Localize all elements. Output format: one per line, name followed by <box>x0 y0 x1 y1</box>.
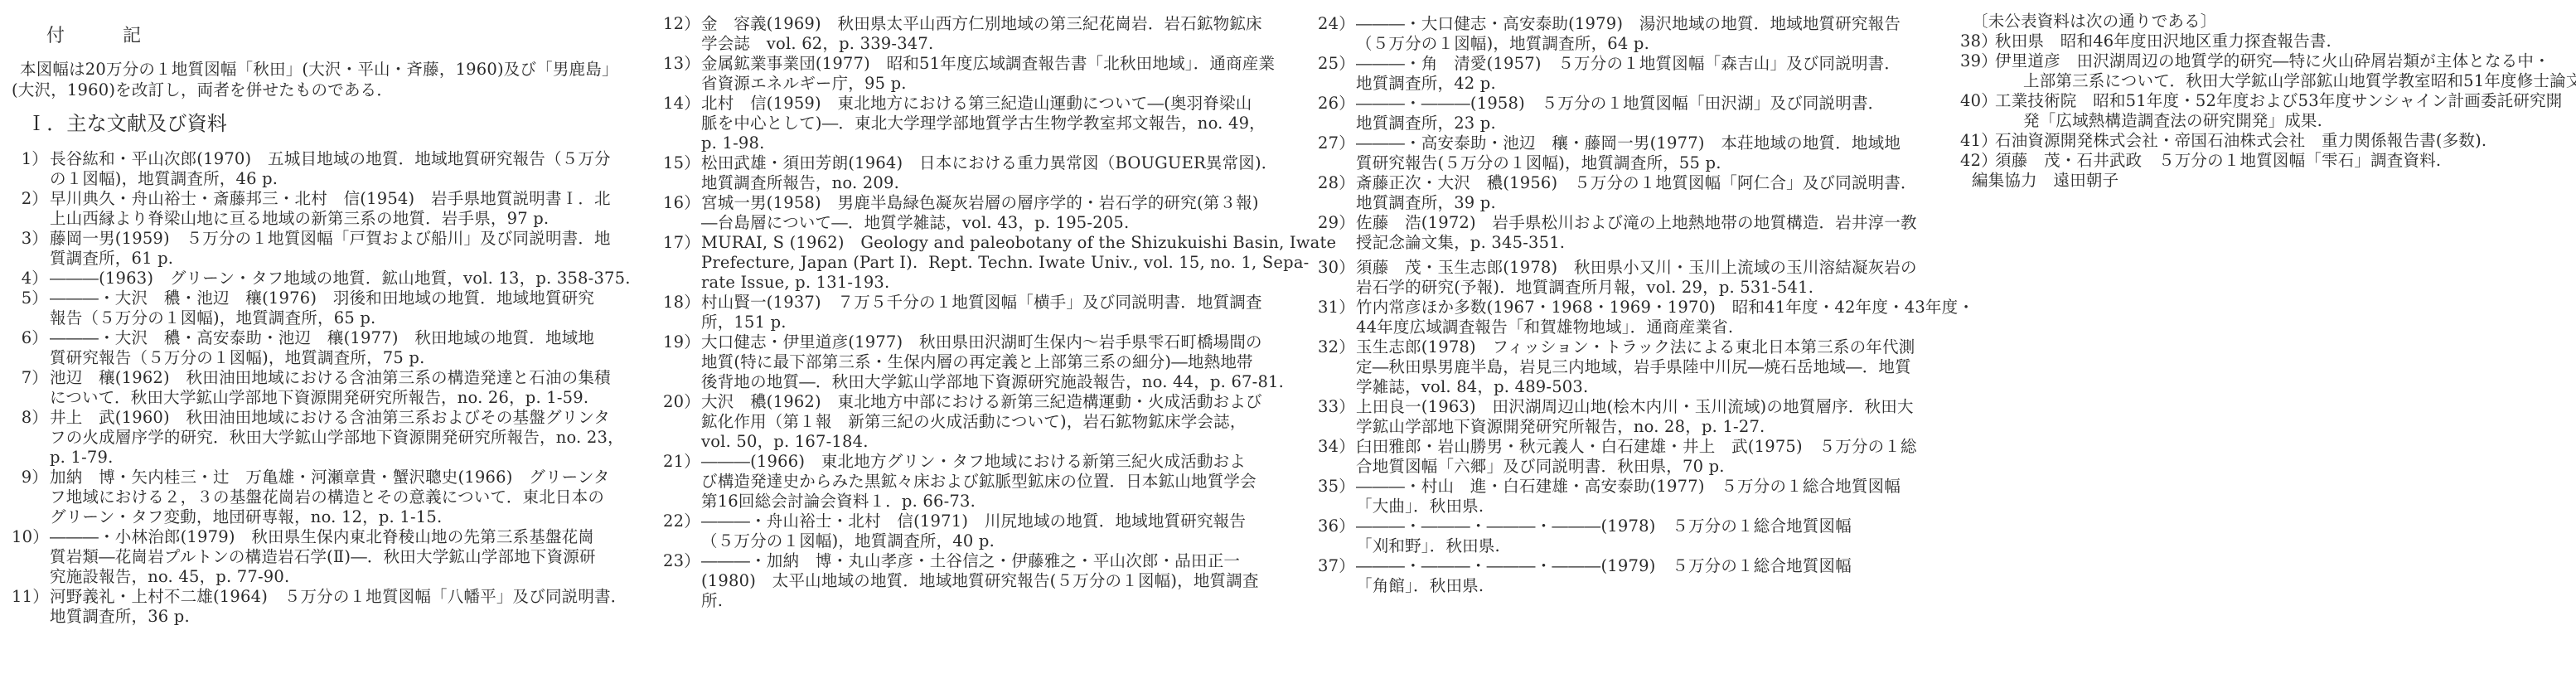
reference-text: ―――・舟山裕士・北村 信(1971) 川尻地域の地質．地域地質研究報告 <box>701 512 1246 531</box>
reference-number: 12） <box>663 14 701 34</box>
reference-number: 24） <box>1318 14 1356 34</box>
reference-continuation-line: グリーン・タフ変動，地団研専報，no. 12，p. 1-15. <box>12 507 442 527</box>
reference-first-line: 13）金属鉱業事業団(1977) 昭和51年度広域調査報告書「北秋田地域」．通商… <box>663 54 1275 74</box>
reference-text: 長谷紘和・平山次郎(1970) 五城目地域の地質．地域地質研究報告（５万分 <box>50 149 611 168</box>
reference-continuation-line: 第16回総会討論会資料１．p. 66-73. <box>663 492 976 512</box>
reference-text: ―――・小林治郎(1979) 秋田県生保内東北脊稜山地の先第三系基盤花崗 <box>50 527 594 546</box>
reference-continuation-line: 「大曲」．秋田県. <box>1318 497 1484 516</box>
reference-number: 38） <box>1960 32 1995 51</box>
reference-text: 河野義礼・上村不二雄(1964) ５万分の１地質図幅「八幡平」及び同説明書． <box>50 587 627 606</box>
reference-first-line: 1）長谷紘和・平山次郎(1970) 五城目地域の地質．地域地質研究報告（５万分 <box>12 149 611 169</box>
reference-number: 22） <box>663 512 701 531</box>
reference-number: 19） <box>663 332 701 352</box>
reference-number: 23） <box>663 551 701 571</box>
reference-number: 34） <box>1318 437 1356 457</box>
reference-text: 玉生志郎(1978) フィッション・トラック法による東北日本第三系の年代測 <box>1356 337 1915 356</box>
reference-number: 14） <box>663 94 701 114</box>
reference-continuation-line: 学雑誌，vol. 84，p. 489-503. <box>1318 377 1588 397</box>
reference-text: 早川典久・舟山裕士・斎藤邦三・北村 信(1954) 岩手県地質説明書Ｉ．北 <box>50 189 611 208</box>
reference-number: 1） <box>12 149 50 169</box>
reference-number: 13） <box>663 54 701 74</box>
reference-text: 上田良一(1963) 田沢湖周辺山地(桧木内川・玉川流域)の地質層序．秋田大 <box>1356 397 1914 416</box>
reference-number: 42） <box>1960 151 1995 171</box>
reference-number: 29） <box>1318 213 1356 233</box>
reference-text: 北村 信(1959) 東北地方における第三紀造山運動について―(奥羽脊梁山 <box>701 94 1252 113</box>
reference-continuation-line: 定―秋田県男鹿半島，岩見三内地域，岩手県陸中川尻―焼石岳地域―．地質 <box>1318 357 1911 377</box>
reference-continuation-line: 省資源エネルギー庁，95 p. <box>663 74 907 94</box>
reference-first-line: 23）―――・加納 博・丸山孝彦・土谷信之・伊藤雅之・平山次郎・品田正一 <box>663 551 1240 571</box>
reference-first-line: 22）―――・舟山裕士・北村 信(1971) 川尻地域の地質．地域地質研究報告 <box>663 512 1246 531</box>
reference-text: 臼田雅郎・岩山勝男・秋元義人・白石建雄・井上 武(1975) ５万分の１総 <box>1356 437 1917 456</box>
reference-text: ―――(1963) グリーン・タフ地域の地質．鉱山地質，vol. 13，p. 3… <box>50 269 631 288</box>
reference-text: 金 容義(1969) 秋田県太平山西方仁別地域の第三紀花崗岩．岩石鉱物鉱床 <box>701 14 1262 33</box>
reference-number: 27） <box>1318 133 1356 153</box>
reference-text: 石油資源開発株式会社・帝国石油株式会社 重力関係報告書(多数). <box>1995 131 2486 150</box>
reference-first-line: 21）―――(1966) 東北地方グリン・タフ地域における新第三紀火成活動およ <box>663 452 1246 472</box>
reference-continuation-line: 後背地の地質―．秋田大学鉱山学部地下資源研究施設報告，no. 44，p. 67-… <box>663 372 1284 392</box>
reference-text: 佐藤 浩(1972) 岩手県松川および滝の上地熱地帯の地質構造．岩井淳一教 <box>1356 213 1917 232</box>
reference-number: 37） <box>1318 556 1356 576</box>
reference-text: ―――・村山 進・白石建雄・高安泰助(1977) ５万分の１総合地質図幅 <box>1356 477 1901 496</box>
reference-continuation-line: 地質調査所，36 p. <box>12 607 190 627</box>
reference-continuation-line: vol. 50，p. 167-184. <box>663 432 869 452</box>
unpublished-heading: 〔未公表資料は次の通りである〕 <box>1972 12 2217 32</box>
reference-first-line: 18）村山賢一(1937) ７万５千分の１地質図幅「横手」及び同説明書．地質調査 <box>663 293 1262 313</box>
reference-text: 金属鉱業事業団(1977) 昭和51年度広域調査報告書「北秋田地域」．通商産業 <box>701 54 1275 73</box>
reference-text: ―――・加納 博・丸山孝彦・土谷信之・伊藤雅之・平山次郎・品田正一 <box>701 551 1240 570</box>
reference-first-line: 20）大沢 穠(1962) 東北地方中部における新第三紀造構運動・火成活動および <box>663 392 1262 412</box>
reference-continuation-line: 学会誌 vol. 62，p. 339-347. <box>663 34 933 54</box>
reference-first-line: 7）池辺 穰(1962) 秋田油田地域における含油第三系の構造発達と石油の集積 <box>12 368 611 388</box>
reference-number: 40） <box>1960 91 1995 111</box>
reference-first-line: 38）秋田県 昭和46年度田沢地区重力探査報告書. <box>1960 32 2331 51</box>
reference-first-line: 4）―――(1963) グリーン・タフ地域の地質．鉱山地質，vol. 13，p.… <box>12 269 631 289</box>
reference-continuation-line: p. 1-79. <box>12 448 114 468</box>
reference-continuation-line: 地質調査所，23 p. <box>1318 114 1496 133</box>
reference-continuation-line: 所. <box>663 591 723 611</box>
reference-text: 須藤 茂・玉生志郎(1978) 秋田県小又川・玉川上流域の玉川溶結凝灰岩の <box>1356 258 1917 277</box>
reference-first-line: 29）佐藤 浩(1972) 岩手県松川および滝の上地熱地帯の地質構造．岩井淳一教 <box>1318 213 1917 233</box>
reference-number: 35） <box>1318 477 1356 497</box>
reference-number: 32） <box>1318 337 1356 357</box>
reference-first-line: 5）―――・大沢 穠・池辺 穰(1976) 羽後和田地域の地質．地域地質研究 <box>12 289 594 308</box>
reference-continuation-line: 質研究報告（５万分の１図幅)，地質調査所，75 p. <box>12 348 425 368</box>
reference-text: 井上 武(1960) 秋田油田地域における含油第三系およびその基盤グリンタ <box>50 408 610 427</box>
reference-number: 39） <box>1960 51 1995 71</box>
reference-continuation-line: rate Issue, p. 131-193. <box>663 273 889 293</box>
reference-text: 藤岡一男(1959) ５万分の１地質図幅「戸賀および船川」及び同説明書．地 <box>50 229 611 248</box>
reference-continuation-line: の１図幅)，地質調査所，46 p. <box>12 169 278 189</box>
reference-continuation-line: 地質調査所，42 p. <box>1318 74 1496 94</box>
reference-first-line: 32）玉生志郎(1978) フィッション・トラック法による東北日本第三系の年代測 <box>1318 337 1915 357</box>
reference-number: 8） <box>12 408 50 428</box>
reference-text: 大沢 穠(1962) 東北地方中部における新第三紀造構運動・火成活動および <box>701 392 1262 411</box>
reference-text: ―――・大沢 穠・池辺 穰(1976) 羽後和田地域の地質．地域地質研究 <box>50 289 594 308</box>
reference-text: ―――・大沢 穠・高安泰助・池辺 穰(1977) 秋田地域の地質．地域地 <box>50 328 594 347</box>
reference-number: 21） <box>663 452 701 472</box>
reference-text: 斎藤正次・大沢 穠(1956) ５万分の１地質図幅「阿仁合」及び同説明書． <box>1356 173 1917 192</box>
reference-text: ―――・―――・―――・―――(1978) ５万分の１総合地質図幅 <box>1356 516 1852 536</box>
reference-number: 20） <box>663 392 701 412</box>
reference-number: 5） <box>12 289 50 308</box>
reference-first-line: 39）伊里道彦 田沢湖周辺の地質学的研究―特に火山砕屑岩類が主体となる中・ <box>1960 51 2550 71</box>
appendix-title: 付記 <box>46 27 141 46</box>
reference-text: ―――・―――・―――・―――(1979) ５万分の１総合地質図幅 <box>1356 556 1852 575</box>
reference-number: 3） <box>12 229 50 249</box>
reference-continuation-line: 「刈和野」．秋田県. <box>1318 536 1500 556</box>
reference-number: 33） <box>1318 397 1356 417</box>
reference-continuation-line: p. 1-98. <box>663 133 765 153</box>
section-heading: Ｉ．主な文献及び資料 <box>27 114 227 133</box>
intro-line-2: (大沢，1960)を改訂し，両者を併せたものである． <box>12 80 393 100</box>
reference-number: 36） <box>1318 516 1356 536</box>
reference-continuation-line: 地質調査所，39 p. <box>1318 193 1496 213</box>
title-char-2: 記 <box>123 26 141 46</box>
reference-continuation-line: 質研究報告(５万分の１図幅)，地質調査所，55 p. <box>1318 153 1721 173</box>
reference-text: ―――(1966) 東北地方グリン・タフ地域における新第三紀火成活動およ <box>701 452 1246 471</box>
reference-continuation-line: フ地域における２，３の基盤花崗岩の構造とその意義について．東北日本の <box>12 487 604 507</box>
reference-first-line: 28）斎藤正次・大沢 穠(1956) ５万分の１地質図幅「阿仁合」及び同説明書． <box>1318 173 1917 193</box>
reference-continuation-line: ―台島層について―．地質学雑誌，vol. 43，p. 195-205. <box>663 213 1129 233</box>
reference-number: 7） <box>12 368 50 388</box>
reference-continuation-line: 地質(特に最下部第三系・生保内層の再定義と上部第三系の細分)―地熱地帯 <box>663 352 1253 372</box>
reference-continuation-line: 地質調査所報告，no. 209. <box>663 173 899 193</box>
reference-first-line: 40）工業技術院 昭和51年度・52年度および53年度サンシャイン計画委託研究開 <box>1960 91 2563 111</box>
reference-continuation-line: (1980) 太平山地域の地質．地域地質研究報告(５万分の１図幅)，地質調査 <box>663 571 1259 591</box>
reference-first-line: 24）―――・大口健志・高安泰助(1979) 湯沢地域の地質．地域地質研究報告 <box>1318 14 1901 34</box>
reference-continuation-line: 岩石学的研究(予報)．地質調査所月報，vol. 29，p. 531-541. <box>1318 278 1813 298</box>
reference-text: 秋田県 昭和46年度田沢地区重力探査報告書. <box>1995 32 2331 51</box>
reference-text: 松田武雄・須田芳朗(1964) 日本における重力異常図（BOUGUER異常図)． <box>701 153 1278 172</box>
reference-number: 31） <box>1318 298 1356 318</box>
reference-continuation-line: 鉱化作用（第１報 新第三紀の火成活動について)，岩石鉱物鉱床学会誌， <box>663 412 1247 432</box>
reference-continuation-line: フの火成層序学的研究．秋田大学鉱山学部地下資源開発研究所報告，no. 23， <box>12 428 624 448</box>
reference-text: 池辺 穰(1962) 秋田油田地域における含油第三系の構造発達と石油の集積 <box>50 368 611 387</box>
reference-continuation-line: 「角館」．秋田県. <box>1318 576 1484 596</box>
reference-first-line: 12）金 容義(1969) 秋田県太平山西方仁別地域の第三紀花崗岩．岩石鉱物鉱床 <box>663 14 1262 34</box>
reference-continuation-line: 発「広域熱構造調査法の研究開発」成果. <box>1960 111 2322 131</box>
reference-number: 15） <box>663 153 701 173</box>
reference-first-line: 35）―――・村山 進・白石建雄・高安泰助(1977) ５万分の１総合地質図幅 <box>1318 477 1901 497</box>
reference-continuation-line: 質調査所，61 p. <box>12 249 173 269</box>
reference-continuation-line: 合地質図幅「六郷」及び同説明書．秋田県，70 p. <box>1318 457 1725 477</box>
reference-text: 大口健志・伊里道彦(1977) 秋田県田沢湖町生保内～岩手県雫石町橋場間の <box>701 332 1262 352</box>
reference-number: 11） <box>12 587 50 607</box>
reference-first-line: 37）―――・―――・―――・―――(1979) ５万分の１総合地質図幅 <box>1318 556 1852 576</box>
reference-continuation-line: 質岩類―花崗岩プルトンの構造岩石学(Ⅱ)―．秋田大学鉱山学部地下資源研 <box>12 547 596 567</box>
reference-text: ―――・角 清愛(1957) ５万分の１地質図幅「森吉山」及び同説明書． <box>1356 54 1901 73</box>
reference-number: 30） <box>1318 258 1356 278</box>
reference-continuation-line: 報告（５万分の１図幅)，地質調査所，65 p. <box>12 308 375 328</box>
reference-first-line: 2）早川典久・舟山裕士・斎藤邦三・北村 信(1954) 岩手県地質説明書Ｉ．北 <box>12 189 611 209</box>
title-char-1: 付 <box>46 26 65 46</box>
reference-number: 6） <box>12 328 50 348</box>
reference-first-line: 41）石油資源開発株式会社・帝国石油株式会社 重力関係報告書(多数). <box>1960 131 2486 151</box>
reference-text: 伊里道彦 田沢湖周辺の地質学的研究―特に火山砕屑岩類が主体となる中・ <box>1995 51 2550 70</box>
reference-text: 工業技術院 昭和51年度・52年度および53年度サンシャイン計画委託研究開 <box>1995 91 2563 110</box>
reference-first-line: 9）加納 博・矢内桂三・辻 万亀雄・河瀬章貴・蟹沢聰史(1966) グリーンタ <box>12 468 610 487</box>
reference-number: 25） <box>1318 54 1356 74</box>
reference-continuation-line: 上山西縁より脊梁山地に亘る地域の新第三系の地質．岩手県，97 p. <box>12 209 549 229</box>
reference-number: 41） <box>1960 131 1995 151</box>
reference-continuation-line: 44年度広域調査報告「和賀雄物地域」．通商産業省. <box>1318 318 1733 337</box>
reference-first-line: 17）MURAI, S (1962) Geology and paleobota… <box>663 233 1336 253</box>
reference-first-line: 30）須藤 茂・玉生志郎(1978) 秋田県小又川・玉川上流域の玉川溶結凝灰岩の <box>1318 258 1917 278</box>
reference-number: 9） <box>12 468 50 487</box>
reference-text: ―――・高安泰助・池辺 穰・藤岡一男(1977) 本荘地域の地質．地域地 <box>1356 133 1901 153</box>
reference-number: 16） <box>663 193 701 213</box>
editorial-credit: 編集協力 遠田朝子 <box>1972 171 2118 191</box>
reference-first-line: 11）河野義礼・上村不二雄(1964) ５万分の１地質図幅「八幡平」及び同説明書… <box>12 587 627 607</box>
reference-text: ―――・大口健志・高安泰助(1979) 湯沢地域の地質．地域地質研究報告 <box>1356 14 1901 33</box>
reference-continuation-line: （５万分の１図幅)，地質調査所，64 p. <box>1318 34 1649 54</box>
reference-first-line: 33）上田良一(1963) 田沢湖周辺山地(桧木内川・玉川流域)の地質層序．秋田… <box>1318 397 1914 417</box>
reference-first-line: 31）竹内常彦ほか多数(1967・1968・1969・1970) 昭和41年度・… <box>1318 298 1974 318</box>
reference-continuation-line: 学鉱山学部地下資源開発研究所報告，no. 28，p. 1-27. <box>1318 417 1765 437</box>
reference-first-line: 6）―――・大沢 穠・高安泰助・池辺 穰(1977) 秋田地域の地質．地域地 <box>12 328 594 348</box>
reference-text: 加納 博・矢内桂三・辻 万亀雄・河瀬章貴・蟹沢聰史(1966) グリーンタ <box>50 468 610 487</box>
reference-continuation-line: 脈を中心として)―．東北大学理学部地質学古生物学教室邦文報告，no. 49， <box>663 114 1266 133</box>
reference-first-line: 8）井上 武(1960) 秋田油田地域における含油第三系およびその基盤グリンタ <box>12 408 610 428</box>
reference-first-line: 36）―――・―――・―――・―――(1978) ５万分の１総合地質図幅 <box>1318 516 1852 536</box>
intro-line-1: 本図幅は20万分の１地質図幅「秋田」(大沢・平山・斉藤，1960)及び「男鹿島」 <box>20 60 618 80</box>
reference-continuation-line: について．秋田大学鉱山学部地下資源開発研究所報告，no. 26，p. 1-59. <box>12 388 588 408</box>
reference-first-line: 27）―――・高安泰助・池辺 穰・藤岡一男(1977) 本荘地域の地質．地域地 <box>1318 133 1901 153</box>
reference-continuation-line: （５万分の１図幅)，地質調査所，40 p. <box>663 531 995 551</box>
reference-number: 2） <box>12 189 50 209</box>
reference-number: 28） <box>1318 173 1356 193</box>
reference-text: MURAI, S (1962) Geology and paleobotany … <box>701 233 1336 252</box>
reference-first-line: 10）―――・小林治郎(1979) 秋田県生保内東北脊稜山地の先第三系基盤花崗 <box>12 527 594 547</box>
reference-continuation-line: 究施設報告，no. 45，p. 77-90. <box>12 567 289 587</box>
reference-first-line: 19）大口健志・伊里道彦(1977) 秋田県田沢湖町生保内～岩手県雫石町橋場間の <box>663 332 1262 352</box>
reference-continuation-line: び構造発達史からみた黒鉱々床および鉱脈型鉱床の位置．日本鉱山地質学会 <box>663 472 1257 492</box>
reference-text: 須藤 茂・石井武政 ５万分の１地質図幅「雫石」調査資料. <box>1995 151 2441 170</box>
reference-number: 10） <box>12 527 50 547</box>
reference-number: 26） <box>1318 94 1356 114</box>
reference-number: 18） <box>663 293 701 313</box>
reference-first-line: 14）北村 信(1959) 東北地方における第三紀造山運動について―(奥羽脊梁山 <box>663 94 1252 114</box>
reference-text: 竹内常彦ほか多数(1967・1968・1969・1970) 昭和41年度・42年… <box>1356 298 1974 317</box>
reference-text: ―――・―――(1958) ５万分の１地質図幅「田沢湖」及び同説明書． <box>1356 94 1884 113</box>
reference-first-line: 34）臼田雅郎・岩山勝男・秋元義人・白石建雄・井上 武(1975) ５万分の１総 <box>1318 437 1917 457</box>
reference-first-line: 42）須藤 茂・石井武政 ５万分の１地質図幅「雫石」調査資料. <box>1960 151 2441 171</box>
reference-first-line: 16）宮城一男(1958) 男鹿半島緑色凝灰岩層の層序学的・岩石学的研究(第３報… <box>663 193 1259 213</box>
reference-first-line: 15）松田武雄・須田芳朗(1964) 日本における重力異常図（BOUGUER異常… <box>663 153 1278 173</box>
reference-first-line: 25）―――・角 清愛(1957) ５万分の１地質図幅「森吉山」及び同説明書． <box>1318 54 1901 74</box>
reference-continuation-line: 上部第三系について．秋田大学鉱山学部鉱山地質学教室昭和51年度修士論文. <box>1960 71 2576 91</box>
reference-continuation-line: 所，151 p. <box>663 313 787 332</box>
reference-text: 宮城一男(1958) 男鹿半島緑色凝灰岩層の層序学的・岩石学的研究(第３報) <box>701 193 1259 212</box>
reference-continuation-line: Prefecture, Japan (Part I). Rept. Techn.… <box>663 253 1309 273</box>
reference-first-line: 26）―――・―――(1958) ５万分の１地質図幅「田沢湖」及び同説明書． <box>1318 94 1884 114</box>
reference-number: 17） <box>663 233 701 253</box>
reference-number: 4） <box>12 269 50 289</box>
reference-continuation-line: 授記念論文集，p. 345-351. <box>1318 233 1565 253</box>
reference-first-line: 3）藤岡一男(1959) ５万分の１地質図幅「戸賀および船川」及び同説明書．地 <box>12 229 611 249</box>
reference-text: 村山賢一(1937) ７万５千分の１地質図幅「横手」及び同説明書．地質調査 <box>701 293 1262 312</box>
